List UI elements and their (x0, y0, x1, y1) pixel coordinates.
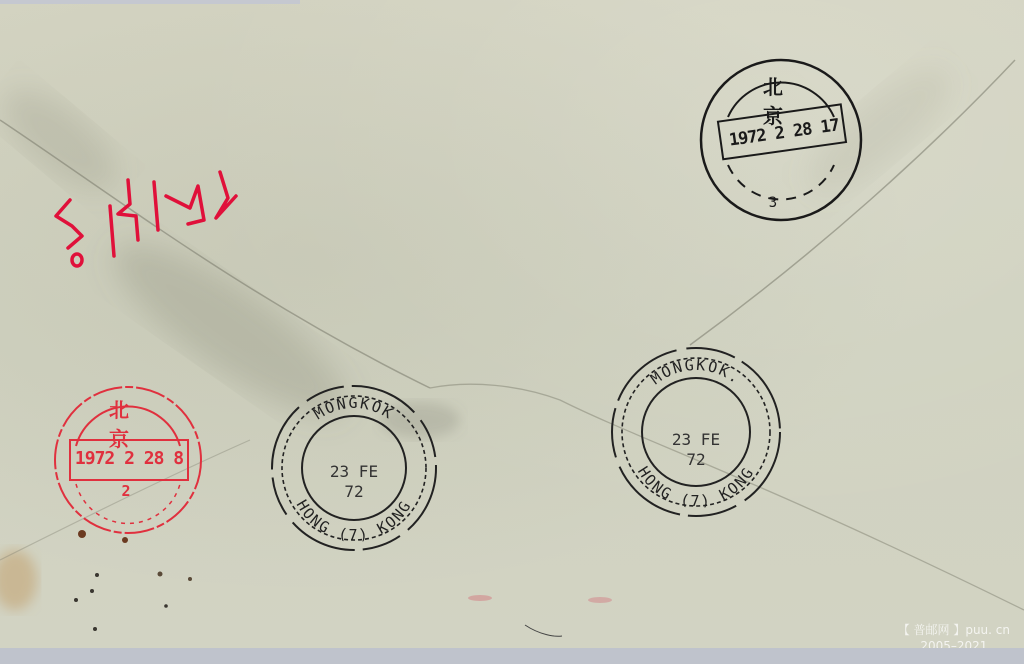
postmark-date-box: 1972 2 28 8 (70, 448, 188, 469)
watermark-line-1: 【 普邮网 】puu. cn (898, 622, 1010, 638)
postmark-beijing-black: 北 京 1972 2 28 17 3 (698, 57, 864, 228)
site-watermark: 【 普邮网 】puu. cn 2005–2021 (898, 622, 1010, 650)
postmark-top-text: MONGKOK (310, 394, 397, 423)
postmark-top-text: 北 京 (82, 394, 182, 452)
envelope-flap-seams (0, 0, 1024, 650)
background-edge-bottom (0, 648, 1024, 664)
postmark-beijing-red: 北 京 1972 2 28 8 2 (52, 384, 204, 541)
postmark-day-month: 23 FE (314, 462, 394, 481)
postmark-mongkok-right: MONGKOK. HONG (7) KONG 23 FE 72 (606, 346, 786, 527)
postmark-year: 72 (334, 482, 374, 501)
postmark-bottom-text: 2 (114, 482, 138, 500)
postmark-day-month: 23 FE (656, 430, 736, 449)
envelope-back: 北 京 1972 2 28 17 3 北 京 1972 2 28 8 2 MON… (0, 0, 1024, 650)
handwritten-date-note (40, 168, 240, 268)
postmark-top-text: MONGKOK. (647, 356, 745, 388)
postmark-year: 72 (676, 450, 716, 469)
postmark-mongkok-left: MONGKOK HONG (7) KONG 23 FE 72 (268, 380, 440, 557)
svg-text:MONGKOK.: MONGKOK. (647, 356, 745, 388)
svg-text:MONGKOK: MONGKOK (310, 394, 397, 423)
postmark-bottom-text: 3 (758, 195, 788, 211)
